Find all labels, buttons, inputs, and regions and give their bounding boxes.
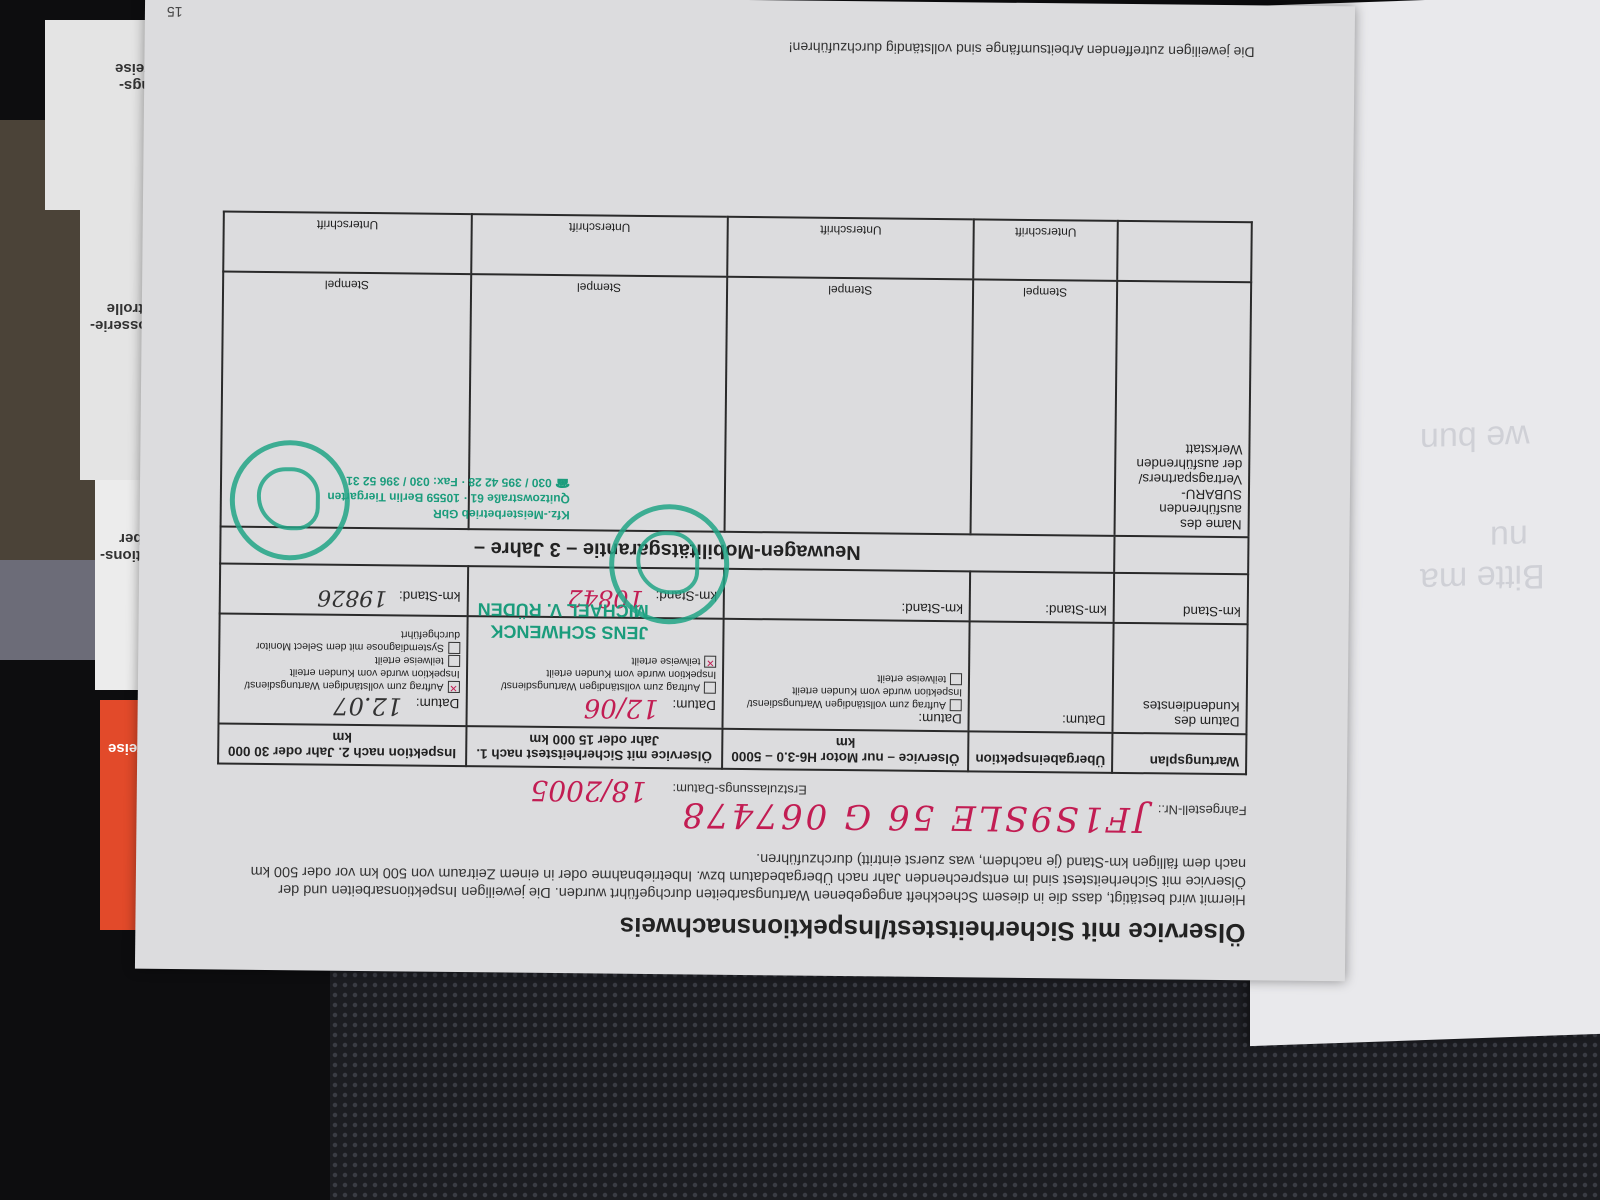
cell-sign-3[interactable]: Unterschrift xyxy=(223,212,471,275)
cell-km-1[interactable]: km-Stand: xyxy=(724,569,970,622)
km-value: 19826 xyxy=(317,585,387,611)
cell-stempel-0: Stempel xyxy=(971,279,1117,535)
checkbox-full-order[interactable] xyxy=(704,681,716,693)
cell-km-0[interactable]: km-Stand: xyxy=(970,571,1114,623)
cell-sign-0[interactable]: Unterschrift xyxy=(973,219,1117,281)
km-label: km-Stand: xyxy=(399,588,461,604)
checkbox-full-order[interactable]: ✕ xyxy=(447,681,459,693)
checkbox-select-monitor[interactable] xyxy=(448,642,460,654)
stamp-line: Quitzowstraße 61 · 10559 Berlin Tiergart… xyxy=(327,489,570,508)
option-label: teilweise erteilt xyxy=(877,672,946,685)
signature-label: Unterschrift xyxy=(975,224,1117,239)
subaru-round-stamp-icon xyxy=(609,504,730,625)
checkbox-partial-order[interactable] xyxy=(950,673,962,685)
km-label: km-Stand: xyxy=(1045,602,1107,618)
cell-plan-3: Inspektion nach 2. Jahr oder 30 000 km xyxy=(218,723,466,766)
intro-text: Hiermit wird bestätigt, dass die in dies… xyxy=(216,843,1247,908)
cell-datum-1[interactable]: Datum: Auftrag zum vollständigen Wartung… xyxy=(723,619,970,732)
cell-stempel-1: Stempel xyxy=(725,277,974,535)
option-label: Auftrag zum vollständigen Wartungsdienst… xyxy=(747,685,962,712)
page-number: 15 xyxy=(167,4,183,20)
stempel-label: Stempel xyxy=(472,279,727,296)
row-label-plan: Wartungsplan xyxy=(1112,733,1246,774)
erstzulassung-label: Erstzulassungs-Datum: xyxy=(672,781,807,797)
cell-km-3[interactable]: km-Stand: 19826 xyxy=(220,564,468,617)
table-row-datum: Datum des Kundendienstes Datum: Datum: A… xyxy=(218,614,1247,735)
option-label: teilweise erteilt xyxy=(375,654,444,667)
cell-datum-3[interactable]: Datum: 12.07 ✕Auftrag zum vollständigen … xyxy=(218,614,467,727)
cell-plan-2: Ölservice mit Sicherheitstest nach 1. Ja… xyxy=(466,726,723,769)
fahrgestell-label: Fahrgestell-Nr.: xyxy=(1158,802,1247,818)
signature-label: Unterschrift xyxy=(225,217,471,234)
row-label-km: km-Stand xyxy=(1114,573,1249,624)
option-label: teilweise erteilt xyxy=(631,655,700,668)
option-label: Systemdiagnose mit dem Select Monitor du… xyxy=(256,628,460,653)
stempel-label: Stempel xyxy=(974,284,1116,299)
ghost-text: nu xyxy=(1490,516,1528,556)
footer-note: Die jeweiligen zutreffenden Arbeitsumfän… xyxy=(789,39,1255,60)
fahrgestell-value: JF1S9SLE 56 G 067478 xyxy=(679,794,1147,839)
stempel-label: Stempel xyxy=(728,282,972,299)
ghost-text: Bitte ma xyxy=(1420,556,1545,599)
datum-label: Datum: xyxy=(672,697,716,712)
erstzulassung-value: 18/2005 xyxy=(530,774,647,808)
datum-label: Datum: xyxy=(416,696,460,711)
table-row-signature: Unterschrift Unterschrift Unterschrift U… xyxy=(223,212,1252,283)
subaru-round-stamp-icon xyxy=(229,440,350,561)
cell-sign-2[interactable]: Unterschrift xyxy=(471,214,728,277)
checkbox-partial-order[interactable]: ✕ xyxy=(704,655,716,667)
datum-value: 12.07 xyxy=(333,692,402,721)
cell-plan-1: Ölservice – nur Motor H6-3.0 – 5000 km xyxy=(722,729,968,772)
signature-label: Unterschrift xyxy=(472,219,727,236)
checkbox-partial-order[interactable] xyxy=(448,655,460,667)
ghost-text: we bun xyxy=(1420,416,1530,459)
workshop-stamp-names: JENS SCHWENCK MICHAEL V. RÜDEN xyxy=(477,598,648,644)
stamp-line: Kfz.-Meisterbetrieb GbR xyxy=(327,505,570,524)
stamp-line: ☎ 030 / 395 42 28 · Fax: 030 / 396 52 31 xyxy=(327,473,570,492)
tab-wartungs-nachweise[interactable]: Wartungs- Nachweise xyxy=(45,20,155,210)
workshop-stamp-address: Kfz.-Meisterbetrieb GbR Quitzowstraße 61… xyxy=(327,473,570,524)
stamp-line: JENS SCHWENCK xyxy=(477,620,648,644)
stempel-label: Stempel xyxy=(224,277,470,294)
cell-sign-1[interactable]: Unterschrift xyxy=(727,217,974,280)
page-title: Ölservice mit Sicherheitstest/Inspektion… xyxy=(620,911,1246,949)
row-label-name: Name des ausführenden SUBARU-Vertragspar… xyxy=(1115,281,1252,537)
checkbox-full-order[interactable] xyxy=(950,699,962,711)
service-booklet-page: Ölservice mit Sicherheitstest/Inspektion… xyxy=(135,0,1355,981)
row-label-datum: Datum des Kundendienstes xyxy=(1112,623,1247,734)
cell-datum-0[interactable]: Datum: xyxy=(969,621,1114,732)
option-label: Auftrag zum vollständigen Wartungsdienst… xyxy=(244,666,459,693)
datum-label: Datum: xyxy=(1062,712,1106,727)
cell-plan-0: Übergabeinspektion xyxy=(968,731,1112,773)
option-label: Auftrag zum vollständigen Wartungsdienst… xyxy=(501,667,716,694)
km-label: km-Stand: xyxy=(901,601,963,617)
datum-label: Datum: xyxy=(730,709,962,726)
guarantee-spacer xyxy=(1114,536,1248,574)
signature-spacer xyxy=(1117,221,1252,282)
signature-label: Unterschrift xyxy=(729,222,973,239)
datum-value: 12/06 xyxy=(584,692,659,723)
